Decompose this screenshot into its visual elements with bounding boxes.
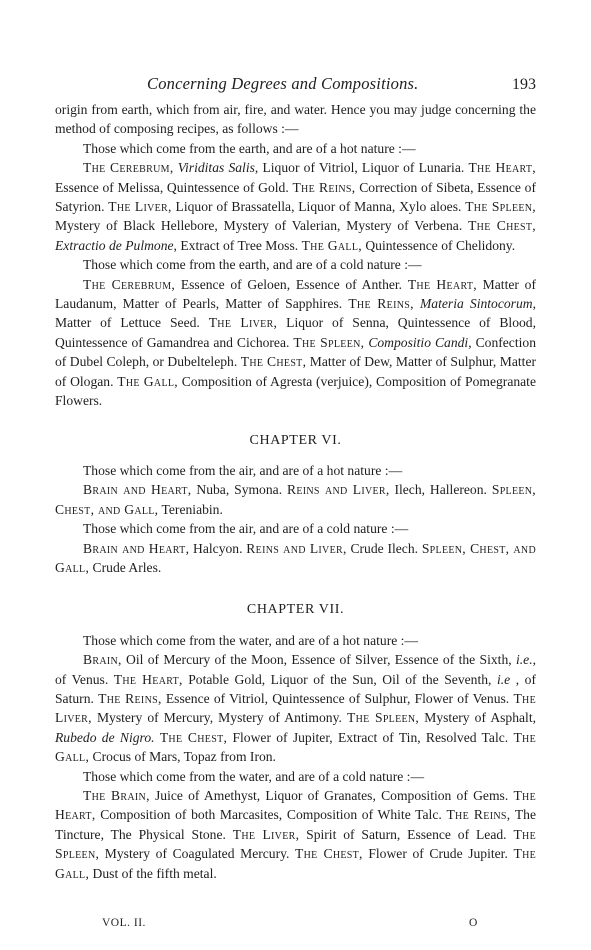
organ-label: The Spleen, (293, 335, 364, 350)
organ-label: The Heart, (408, 277, 477, 292)
recipe-text: Crude Ilech. (347, 541, 418, 556)
recipe-text: Juice of Amethyst, Liquor of Granates, C… (150, 788, 508, 803)
water-hot-heading: Those which come from the water, and are… (55, 631, 536, 650)
recipe-text: Crude Arles. (89, 560, 161, 575)
latin-term: Compositio Candi (368, 335, 468, 350)
organ-label: The Chest, (295, 846, 363, 861)
earth-cold-heading: Those which come from the earth, and are… (55, 255, 536, 274)
air-cold-heading: Those which come from the air, and are o… (55, 519, 536, 538)
chapter-vii-heading: CHAPTER VII. (55, 600, 536, 619)
recipe-text: Essence of Vitriol, Quintessence of Sulp… (162, 691, 510, 706)
organ-label: The Reins, (98, 691, 162, 706)
water-cold-heading: Those which come from the water, and are… (55, 767, 536, 786)
page-body: origin from earth, which from air, fire,… (55, 100, 536, 883)
organ-label: The Spleen, (347, 710, 419, 725)
organ-label: The Reins, (348, 296, 413, 311)
organ-label: The Cerebrum, (83, 160, 174, 175)
recipe-text: Flower of Crude Jupiter. (363, 846, 508, 861)
organ-label: Brain, (83, 652, 122, 667)
signature-mark: O (469, 917, 477, 929)
organ-label: Reins and Liver, (287, 482, 390, 497)
air-cold-paragraph: Brain and Heart, Halcyon. Reins and Live… (55, 539, 536, 578)
recipe-text: Tereniabin. (158, 502, 222, 517)
intro-paragraph: origin from earth, which from air, fire,… (55, 100, 536, 139)
running-title: Concerning Degrees and Compositions. (147, 74, 419, 94)
recipe-text: Mystery of Mercury, Mystery of Antimony. (92, 710, 342, 725)
air-hot-heading: Those which come from the air, and are o… (55, 461, 536, 480)
organ-label: The Chest, (160, 730, 227, 745)
recipe-text: Nuba, Symona. (192, 482, 283, 497)
organ-label: The Gall, (302, 238, 362, 253)
recipe-text: Flower of Jupiter, Extract of Tin, Resol… (227, 730, 508, 745)
organ-label: The Liver, (233, 827, 300, 842)
organ-label: The Chest, (468, 218, 536, 233)
recipe-text: Potable Gold, Liquor of the Sun, Oil of … (183, 672, 497, 687)
recipe-text: Spirit of Saturn, Essence of Lead. (299, 827, 506, 842)
organ-label: Brain and Heart, (83, 541, 189, 556)
recipe-text: , Liquor of Vitriol, Liquor of Lunaria. (255, 160, 464, 175)
organ-label: Brain and Heart, (83, 482, 192, 497)
organ-label: The Liver, (108, 199, 171, 214)
recipe-text: Quintessence of Chelidony. (362, 238, 515, 253)
recipe-text: Crocus of Mars, Topaz from Iron. (89, 749, 276, 764)
recipe-text: Ilech, Hallereon. (390, 482, 487, 497)
recipe-text: Mystery of Asphalt, (419, 710, 536, 725)
organ-label: The Heart, (468, 160, 536, 175)
earth-hot-heading: Those which come from the earth, and are… (55, 139, 536, 158)
chapter-vi-heading: CHAPTER VI. (55, 431, 536, 450)
air-hot-paragraph: Brain and Heart, Nuba, Symona. Reins and… (55, 480, 536, 519)
organ-label: The Brain, (83, 788, 150, 803)
organ-label: The Spleen, (465, 199, 536, 214)
running-head: Concerning Degrees and Compositions. 193 (55, 74, 536, 96)
recipe-text: Dust of the fifth metal. (89, 866, 217, 881)
recipe-text: Mystery of Black Hellebore, Mystery of V… (55, 218, 462, 233)
page-number: 193 (512, 76, 536, 94)
recipe-text: Mystery of Coagulated Mercury. (99, 846, 289, 861)
water-cold-paragraph: The Brain, Juice of Amethyst, Liquor of … (55, 786, 536, 883)
recipe-text: Composition of both Marcasites, Composit… (96, 807, 442, 822)
earth-hot-paragraph: The Cerebrum, Viriditas Salis, Liquor of… (55, 158, 536, 255)
volume-marker: VOL. II. (102, 917, 146, 929)
latin-term: Extractio de Pulmone (55, 238, 174, 253)
water-hot-paragraph: Brain, Oil of Mercury of the Moon, Essen… (55, 650, 536, 766)
organ-label: The Reins, (446, 807, 510, 822)
organ-label: The Liver, (209, 315, 278, 330)
recipe-text: Essence of Melissa, Quintessence of Gold… (55, 180, 289, 195)
recipe-text: Halcyon. (189, 541, 242, 556)
latin-term: Materia Sintocorum (420, 296, 533, 311)
organ-label: The Chest, (241, 354, 307, 369)
abbreviation: i.e (497, 672, 510, 687)
organ-label: The Gall, (117, 374, 178, 389)
latin-term: Viriditas Salis (178, 160, 255, 175)
recipe-text: Oil of Mercury of the Moon, Essence of S… (122, 652, 516, 667)
organ-label: The Heart, (114, 672, 183, 687)
recipe-text: Essence of Geloen, Essence of Anther. (175, 277, 402, 292)
abbreviation: i.e. (516, 652, 533, 667)
organ-label: Reins and Liver, (246, 541, 346, 556)
recipe-text: , Extract of Tree Moss. (174, 238, 299, 253)
earth-cold-paragraph: The Cerebrum, Essence of Geloen, Essence… (55, 275, 536, 411)
latin-term: Rubedo de Nigro. (55, 730, 155, 745)
recipe-text: Liquor of Brassatella, Liquor of Manna, … (172, 199, 462, 214)
organ-label: The Cerebrum, (83, 277, 175, 292)
organ-label: The Reins, (292, 180, 355, 195)
